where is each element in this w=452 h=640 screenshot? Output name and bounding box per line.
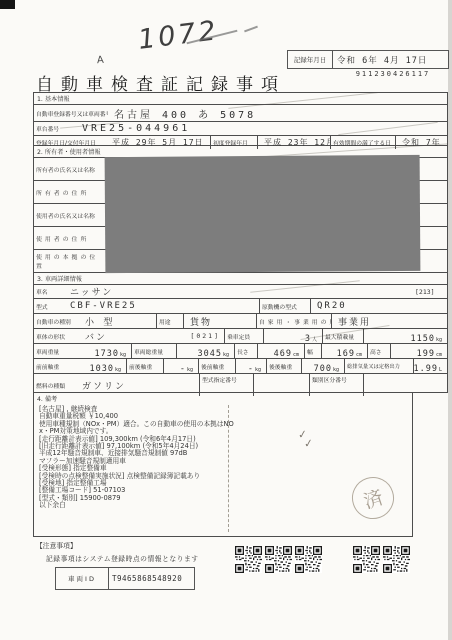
vehicle-id-label: 車両ID <box>56 568 109 589</box>
length-number: 469 <box>274 349 292 358</box>
record-date-box: 記録年月日 令和 6年 4月 17日 <box>287 50 449 69</box>
user-address-label: 使用者の住所 <box>34 227 107 249</box>
gross-weight-unit: kg <box>223 352 229 358</box>
model-label: 型式 <box>34 299 64 313</box>
section-basic-info: 1. 基本情報 自動車登録番号又は車両番号 名古屋 400 あ 5078 車台番… <box>33 92 448 146</box>
displacement-unit: L <box>439 367 442 373</box>
handwritten-letter: A <box>97 55 105 66</box>
user-name-label: 使用者の氏名又は名称 <box>34 204 107 226</box>
displacement-label: 総排気量又は定格出力 <box>344 359 414 373</box>
qr-code <box>353 546 380 573</box>
front-front-axle-value: 1030kg <box>76 359 126 373</box>
chassis-number-value: VRE25-044961 <box>76 122 447 135</box>
notice-text: 記録事項はシステム登録時点の情報となります <box>46 553 199 563</box>
base-location-label: 使用の本拠の位置 <box>34 250 107 272</box>
rear-rear-axle-label: 後後軸重 <box>266 359 302 373</box>
body-shape-text: バン <box>85 330 107 343</box>
business-type-value: 事業用 <box>332 314 447 328</box>
max-load-number: 1150 <box>410 334 434 343</box>
registration-number-value: 名古屋 400 あ 5078 <box>108 105 447 121</box>
body-shape-value: バン [021] <box>79 329 224 343</box>
car-name-value: ニッサン <box>64 285 415 298</box>
rear-front-axle-unit: kg <box>255 367 261 373</box>
width-value: 169cm <box>322 344 367 358</box>
section1-header: 1. 基本情報 <box>34 93 447 104</box>
capacity-label: 乗車定員 <box>224 329 264 343</box>
max-load-label: 最大積載量 <box>322 329 364 343</box>
section-remarks: 4. 備考 [名古屋] , 継続検査 自動車重量税額 ￥10,400 使用車種規… <box>33 393 413 537</box>
gross-weight-value: 3045kg <box>177 344 234 358</box>
height-label: 高さ <box>367 344 391 358</box>
capacity-number: 3 <box>305 334 311 343</box>
record-date-value: 令和 6年 4月 17日 <box>333 51 448 68</box>
length-value: 469cm <box>258 344 304 358</box>
max-load-value: 1150 kg <box>364 329 447 343</box>
vehicle-weight-unit: kg <box>120 352 126 358</box>
front-rear-axle-value: -kg <box>164 359 198 373</box>
sheet-code: [213] <box>415 285 447 298</box>
remarks-divider <box>228 405 229 532</box>
vehicle-weight-label: 車両重量 <box>34 344 76 358</box>
check-icon: ✓ <box>303 436 314 450</box>
business-type-label: 自家用・事業用の別 <box>256 314 332 328</box>
serial-number: 911230426117 <box>338 70 448 78</box>
paper-edge-shadow <box>448 0 452 640</box>
section-vehicle-details: 3. 車両詳細情報 車名 ニッサン [213] 型式 CBF-VRE25 原動機… <box>33 273 448 393</box>
vehicle-kind-label: 自動車の種別 <box>34 314 79 328</box>
front-rear-axle-label: 前後軸重 <box>126 359 164 373</box>
front-front-axle-unit: kg <box>115 367 121 373</box>
vehicle-weight-value: 1730kg <box>76 344 131 358</box>
capacity-value: 3 人 <box>264 329 322 343</box>
height-unit: cm <box>436 352 442 358</box>
use-label: 用途 <box>156 314 184 328</box>
vehicle-id-value: T9465868548920 <box>109 568 194 589</box>
capacity-unit: 人 <box>312 336 317 343</box>
displacement-value: 1.99L <box>414 359 447 373</box>
front-rear-axle-unit: kg <box>187 367 193 373</box>
chassis-number-label: 車台番号 <box>34 122 76 135</box>
rear-front-axle-number: - <box>248 364 254 373</box>
redaction-block <box>105 155 421 273</box>
stamp-text: 済 <box>360 482 386 514</box>
width-unit: cm <box>356 352 362 358</box>
vehicle-id-box: 車両ID T9465868548920 <box>55 567 195 590</box>
document-page: 1072 A 記録年月日 令和 6年 4月 17日 911230426117 自… <box>0 0 452 640</box>
rear-front-axle-value: -kg <box>236 359 266 373</box>
height-value: 199cm <box>391 344 447 358</box>
max-load-unit: kg <box>436 337 442 343</box>
rear-rear-axle-unit: kg <box>333 367 339 373</box>
qr-code <box>235 546 262 573</box>
scan-corner-mark <box>0 0 15 9</box>
width-number: 169 <box>337 349 355 358</box>
notice-title: 【注意事項】 <box>36 540 77 550</box>
body-shape-label: 車体の形状 <box>34 329 79 343</box>
vehicle-kind-value: 小 型 <box>79 314 156 328</box>
rear-front-axle-label: 後前軸重 <box>198 359 236 373</box>
engine-model-value: QR20 <box>311 299 447 313</box>
car-name-label: 車名 <box>34 285 64 298</box>
rear-rear-axle-number: 700 <box>314 364 332 373</box>
body-shape-code: [021] <box>190 332 220 340</box>
length-unit: cm <box>293 352 299 358</box>
front-rear-axle-number: - <box>180 364 186 373</box>
pen-stroke <box>244 26 258 33</box>
height-number: 199 <box>417 349 435 358</box>
engine-model-label: 原動機の型式 <box>259 299 311 313</box>
length-label: 長さ <box>234 344 258 358</box>
vehicle-weight-number: 1730 <box>94 349 118 358</box>
use-value: 貨物 <box>184 314 256 328</box>
qr-code <box>265 546 292 573</box>
gross-weight-number: 3045 <box>197 349 221 358</box>
owner-name-label: 所有者の氏名又は名称 <box>34 158 107 180</box>
registration-number-label: 自動車登録番号又は車両番号 <box>34 105 108 121</box>
model-value: CBF-VRE25 <box>64 299 259 313</box>
displacement-number: 1.99 <box>414 364 438 373</box>
qr-code <box>383 546 410 573</box>
front-front-axle-label: 前前軸重 <box>34 359 76 373</box>
handwritten-number: 1072 <box>136 15 220 56</box>
section3-header: 3. 車両詳細情報 <box>34 273 447 284</box>
gross-weight-label: 車両総重量 <box>131 344 177 358</box>
width-label: 幅 <box>304 344 322 358</box>
front-front-axle-number: 1030 <box>89 364 113 373</box>
record-date-label: 記録年月日 <box>288 51 333 68</box>
section4-header: 4. 備考 <box>34 393 412 404</box>
rear-rear-axle-value: 700kg <box>302 359 344 373</box>
qr-code <box>295 546 322 573</box>
owner-address-label: 所有者の住所 <box>34 181 107 203</box>
